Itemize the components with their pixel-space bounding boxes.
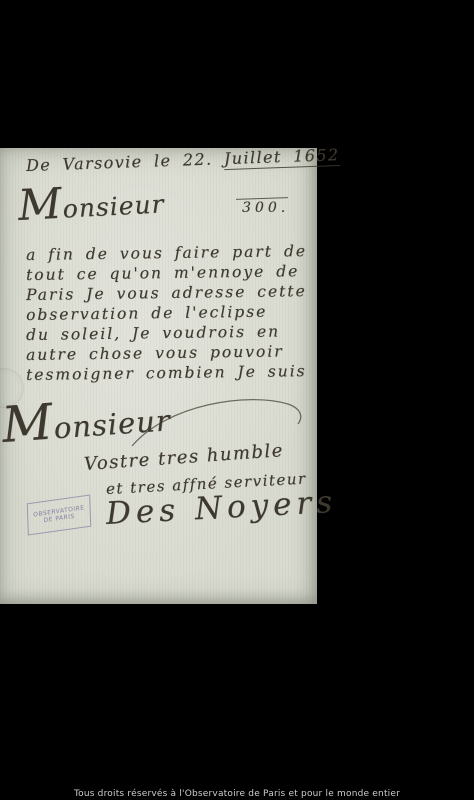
copyright-caption: Tous droits réservés à l'Observatoire de… [0,789,474,799]
date-underlined-text: Juillet 1652 [224,145,340,170]
date-place-text: De Varsovie le 22. [26,149,213,174]
letter-body: a fin de vous faire part de tout ce qu'o… [26,245,307,385]
observatory-stamp: OBSERVATOIRE DE PARIS [27,494,92,535]
digitized-letter-view: De Varsovie le 22. Juillet 1652 300. Mon… [0,0,474,800]
archive-number: 300. [242,200,289,216]
body-line: tesmoigner combien Je suis [26,361,307,385]
date-line: De Varsovie le 22. Juillet 1652 [26,145,340,175]
letter-paper: De Varsovie le 22. Juillet 1652 300. Mon… [0,148,317,604]
opening-salutation: Monsieur [17,174,166,231]
